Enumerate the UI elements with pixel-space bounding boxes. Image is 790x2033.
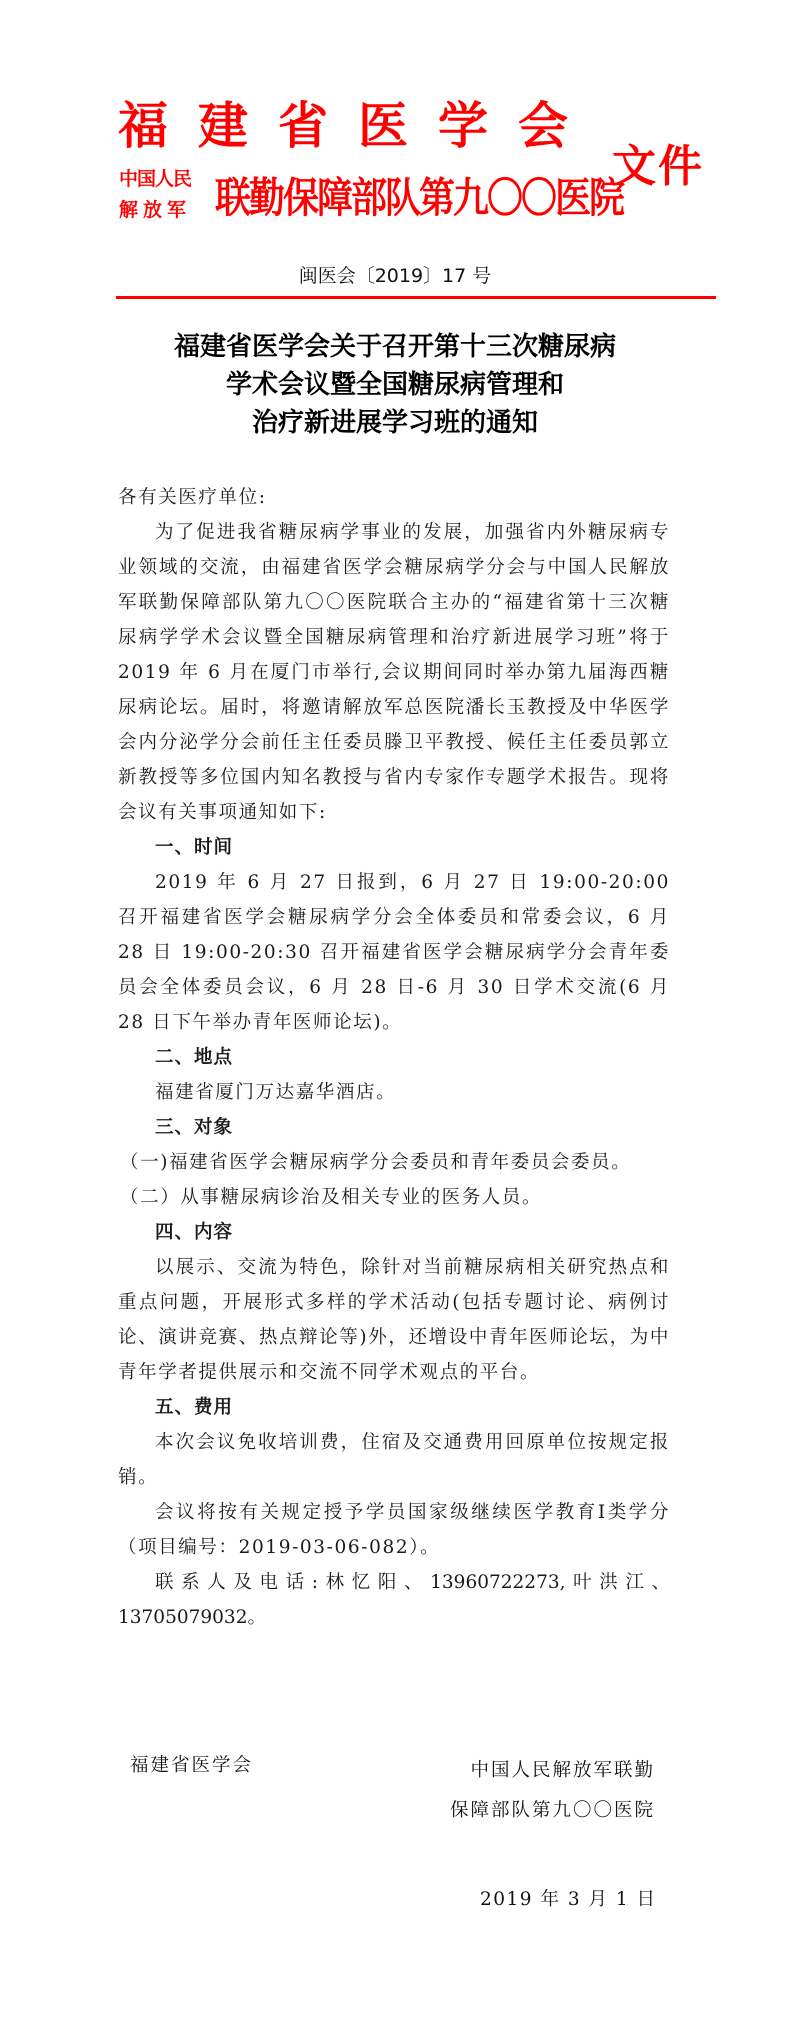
signature-right-line1: 中国人民解放军联勤 — [450, 1751, 655, 1791]
salutation: 各有关医疗单位: — [118, 480, 670, 515]
contact-paragraph: 联系人及电话:林忆阳、13960722273,叶洪江、13705079032。 — [118, 1565, 670, 1635]
section-heading-location: 二、地点 — [118, 1040, 670, 1075]
signature-right-line2: 保障部队第九〇〇医院 — [450, 1791, 655, 1831]
title-line-1: 福建省医学会关于召开第十三次糖尿病 — [0, 328, 790, 366]
section-heading-content: 四、内容 — [118, 1215, 670, 1250]
document-title: 福建省医学会关于召开第十三次糖尿病 学术会议暨全国糖尿病管理和 治疗新进展学习班… — [0, 328, 790, 442]
section-heading-fees: 五、费用 — [118, 1390, 670, 1425]
signature-left-org: 福建省医学会 — [130, 1751, 253, 1781]
document-number: 闽医会〔2019〕17 号 — [0, 263, 790, 289]
letterhead-primary-org: 福建省医学会 — [118, 96, 598, 156]
time-paragraph: 2019 年 6 月 27 日报到，6 月 27 日 19:00-20:00 召… — [118, 865, 670, 1040]
signature-right-org: 中国人民解放军联勤 保障部队第九〇〇医院 — [450, 1751, 655, 1831]
section-heading-audience: 三、对象 — [118, 1110, 670, 1145]
title-line-2: 学术会议暨全国糖尿病管理和 — [0, 366, 790, 404]
location-paragraph: 福建省厦门万达嘉华酒店。 — [118, 1075, 670, 1110]
letterhead-prefix-line1: 中国人民 — [119, 167, 191, 191]
fees-paragraph: 本次会议免收培训费，住宿及交通费用回原单位按规定报销。 — [118, 1425, 670, 1495]
letterhead-secondary-org: 联勤保障部队第九〇〇医院 — [215, 174, 623, 225]
content-paragraph: 以展示、交流为特色，除针对当前糖尿病相关研究热点和重点问题，开展形式多样的学术活… — [118, 1250, 670, 1390]
document-body: 各有关医疗单位: 为了促进我省糖尿病学事业的发展，加强省内外糖尿病专业领域的交流… — [118, 480, 670, 1635]
letterhead-doc-type: 文件 — [612, 140, 704, 194]
intro-paragraph: 为了促进我省糖尿病学事业的发展，加强省内外糖尿病专业领域的交流，由福建省医学会糖… — [118, 515, 670, 830]
section-heading-time: 一、时间 — [118, 830, 670, 865]
credit-paragraph: 会议将按有关规定授予学员国家级继续医学教育Ⅰ类学分（项目编号：2019-03-0… — [118, 1495, 670, 1565]
audience-item-2: （二）从事糖尿病诊治及相关专业的医务人员。 — [118, 1180, 670, 1215]
letterhead-prefix-line2: 解放军 — [119, 198, 191, 222]
audience-item-1: （一)福建省医学会糖尿病学分会委员和青年委员会委员。 — [118, 1145, 670, 1180]
issue-date: 2019 年 3 月 1 日 — [480, 1885, 657, 1915]
title-line-3: 治疗新进展学习班的通知 — [0, 404, 790, 442]
letterhead-divider — [116, 296, 716, 299]
